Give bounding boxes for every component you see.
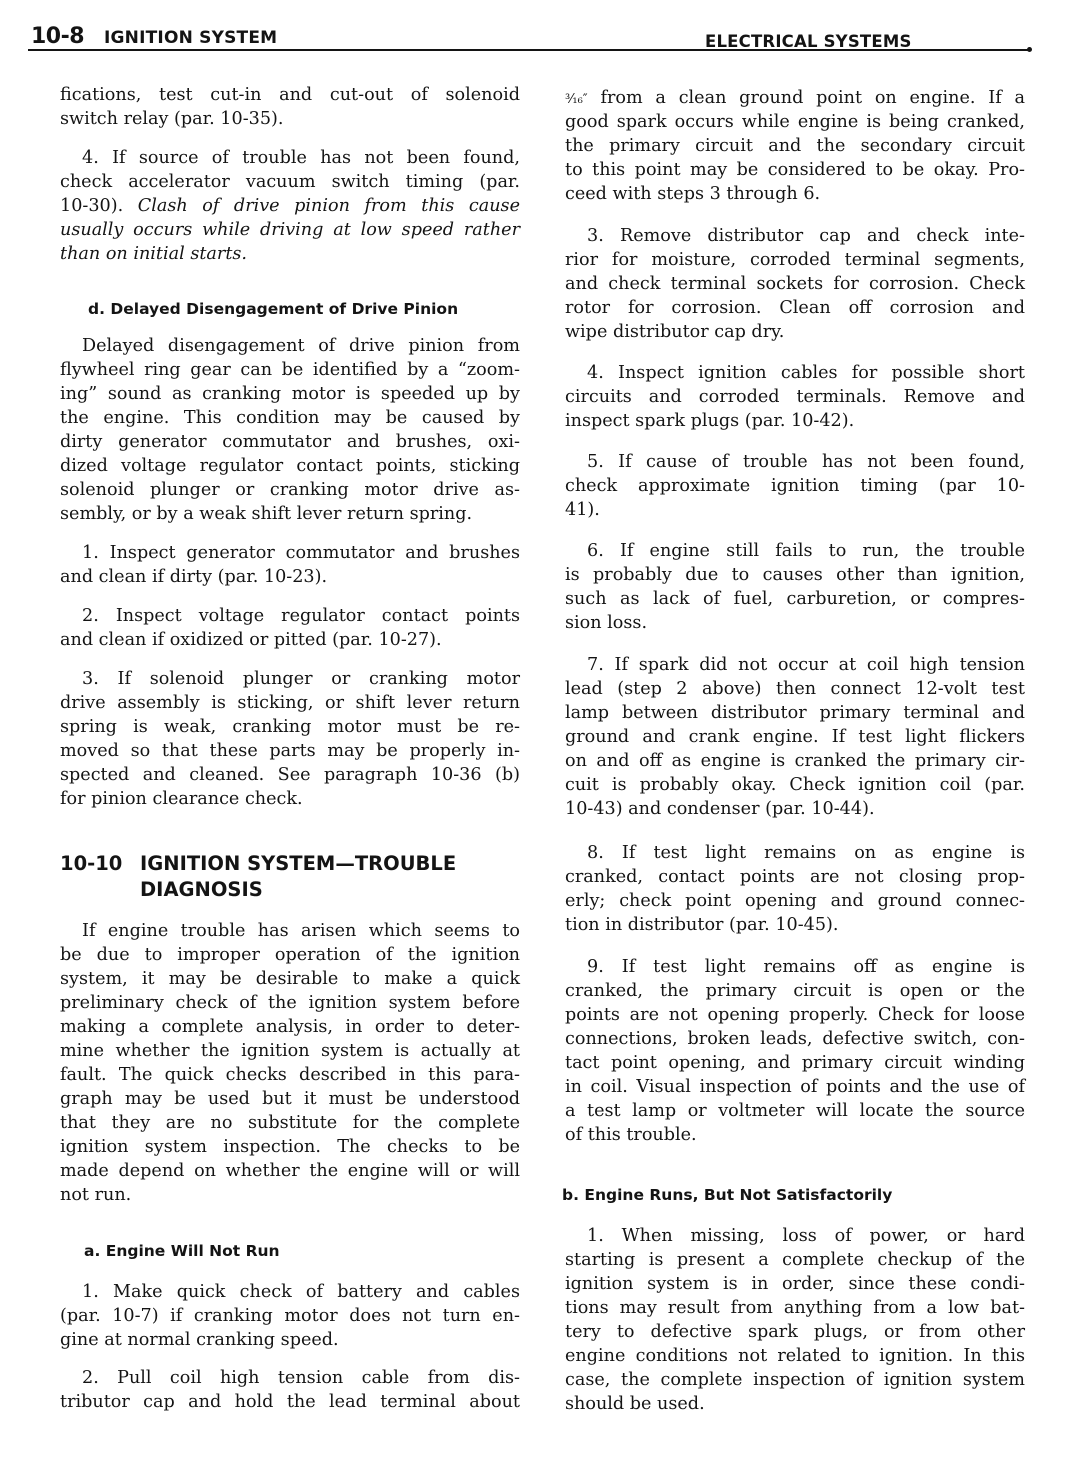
text-line: ing” sound as cranking motor is speeded … bbox=[60, 382, 520, 406]
text-line: in coil. Visual inspection of points and… bbox=[565, 1075, 1025, 1099]
text-line: drive assembly is sticking, or shift lev… bbox=[60, 691, 520, 715]
text-line: made depend on whether the engine will o… bbox=[60, 1159, 520, 1183]
text-line: 3. If solenoid plunger or cranking motor bbox=[60, 667, 520, 691]
text-line: If engine trouble has arisen which seems… bbox=[60, 919, 520, 943]
text-line: sion loss. bbox=[565, 611, 1025, 635]
text-line: to this point may be considered to be ok… bbox=[565, 158, 1025, 182]
text-line: 1. Inspect generator commutator and brus… bbox=[60, 541, 520, 565]
text-line: check approximate ignition timing (par 1… bbox=[565, 474, 1025, 498]
text-line: 4. If source of trouble has not been fou… bbox=[60, 146, 520, 170]
italic-note-line: usually occurs while driving at low spee… bbox=[60, 218, 520, 242]
subsection-d-step-2: 2. Inspect voltage regulator contact poi… bbox=[60, 604, 520, 652]
text-line: 8. If test light remains on as engine is bbox=[565, 841, 1025, 865]
step-2-continuation: ³⁄₁₆″ from a clean ground point on engin… bbox=[565, 86, 1025, 206]
step-5-paragraph: 5. If cause of trouble has not been foun… bbox=[565, 450, 1025, 522]
text-line: case, the complete inspection of ignitio… bbox=[565, 1368, 1025, 1392]
step-4-right-paragraph: 4. Inspect ignition cables for possible … bbox=[565, 361, 1025, 433]
section-number: 10-10 bbox=[60, 851, 140, 877]
text-fragment: 10-30). bbox=[60, 196, 138, 216]
section-title-line-1: IGNITION SYSTEM—TROUBLE bbox=[140, 852, 456, 875]
text-line: such as lack of fuel, carburetion, or co… bbox=[565, 587, 1025, 611]
section-10-10-intro: If engine trouble has arisen which seems… bbox=[60, 919, 520, 1207]
text-line: the engine. This condition may be caused… bbox=[60, 406, 520, 430]
subsection-a-step-2: 2. Pull coil high tension cable from dis… bbox=[60, 1366, 520, 1414]
text-line: tributor cap and hold the lead terminal … bbox=[60, 1390, 520, 1414]
text-line: tions may result from anything from a lo… bbox=[565, 1296, 1025, 1320]
text-line: flywheel ring gear can be identified by … bbox=[60, 358, 520, 382]
text-line: (par. 10-7) if cranking motor does not t… bbox=[60, 1304, 520, 1328]
subsection-d-step-1: 1. Inspect generator commutator and brus… bbox=[60, 541, 520, 589]
text-line-mixed: ³⁄₁₆″ from a clean ground point on engin… bbox=[565, 86, 1025, 110]
text-line: and check terminal sockets for corrosion… bbox=[565, 272, 1025, 296]
text-line: graph may be used but it must be underst… bbox=[60, 1087, 520, 1111]
text-line: system, it may be desirable to make a qu… bbox=[60, 967, 520, 991]
text-line: 2. Pull coil high tension cable from dis… bbox=[60, 1366, 520, 1390]
text-line: erly; check point opening and ground con… bbox=[565, 889, 1025, 913]
subsection-heading-d: d. Delayed Disengagement of Drive Pinion bbox=[88, 300, 458, 318]
text-line: switch relay (par. 10-35). bbox=[60, 107, 520, 131]
subsection-heading-b: b. Engine Runs, But Not Satisfactorily bbox=[562, 1186, 892, 1204]
subsection-d-step-3: 3. If solenoid plunger or cranking motor… bbox=[60, 667, 520, 811]
italic-note: Clash of drive pinion from this cause bbox=[138, 196, 520, 216]
text-line: gine at normal cranking speed. bbox=[60, 1328, 520, 1352]
step-7-paragraph: 7. If spark did not occur at coil high t… bbox=[565, 653, 1025, 821]
text-line: good spark occurs while engine is being … bbox=[565, 110, 1025, 134]
text-line: sembly, or by a weak shift lever return … bbox=[60, 502, 520, 526]
text-line: ceed with steps 3 through 6. bbox=[565, 182, 1025, 206]
text-line: points are not opening properly. Check f… bbox=[565, 1003, 1025, 1027]
text-line: the primary circuit and the secondary ci… bbox=[565, 134, 1025, 158]
text-line: a test lamp or voltmeter will locate the… bbox=[565, 1099, 1025, 1123]
text-line: making a complete analysis, in order to … bbox=[60, 1015, 520, 1039]
text-line: should be used. bbox=[565, 1392, 1025, 1416]
text-line: 3. Remove distributor cap and check inte… bbox=[565, 224, 1025, 248]
step-6-paragraph: 6. If engine still fails to run, the tro… bbox=[565, 539, 1025, 635]
step-9-paragraph: 9. If test light remains off as engine i… bbox=[565, 955, 1025, 1147]
continuation-paragraph: fications, test cut-in and cut-out of so… bbox=[60, 83, 520, 131]
text-line: ground and crank engine. If test light f… bbox=[565, 725, 1025, 749]
text-line: tery to defective spark plugs, or from o… bbox=[565, 1320, 1025, 1344]
text-line: of this trouble. bbox=[565, 1123, 1025, 1147]
text-line: 41). bbox=[565, 498, 1025, 522]
text-line: ignition system inspection. The checks t… bbox=[60, 1135, 520, 1159]
text-line: that they are no substitute for the comp… bbox=[60, 1111, 520, 1135]
text-line: fications, test cut-in and cut-out of so… bbox=[60, 83, 520, 107]
section-title: IGNITION SYSTEM bbox=[104, 28, 277, 48]
text-line: spring is weak, cranking motor must be r… bbox=[60, 715, 520, 739]
step-3-paragraph: 3. Remove distributor cap and check inte… bbox=[565, 224, 1025, 344]
text-line: Delayed disengagement of drive pinion fr… bbox=[60, 334, 520, 358]
text-line: inspect spark plugs (par. 10-42). bbox=[565, 409, 1025, 433]
text-line: 7. If spark did not occur at coil high t… bbox=[565, 653, 1025, 677]
header-rule bbox=[28, 49, 1030, 51]
text-line: 9. If test light remains off as engine i… bbox=[565, 955, 1025, 979]
text-line: mine whether the ignition system is actu… bbox=[60, 1039, 520, 1063]
text-line: is probably due to causes other than ign… bbox=[565, 563, 1025, 587]
text-line: on and off as engine is cranked the prim… bbox=[565, 749, 1025, 773]
step-8-paragraph: 8. If test light remains on as engine is… bbox=[565, 841, 1025, 937]
italic-note-line: than on initial starts. bbox=[60, 242, 520, 266]
text-line: cuit is probably okay. Check ignition co… bbox=[565, 773, 1025, 797]
text-line: ignition system is in order, since these… bbox=[565, 1272, 1025, 1296]
section-heading-10-10: 10-10IGNITION SYSTEM—TROUBLE DIAGNOSIS bbox=[60, 851, 456, 903]
text-line: fault. The quick checks described in thi… bbox=[60, 1063, 520, 1087]
text-line: 4. Inspect ignition cables for possible … bbox=[565, 361, 1025, 385]
text-line: moved so that these parts may be properl… bbox=[60, 739, 520, 763]
text-fragment: from a clean ground point on engine. If … bbox=[588, 88, 1025, 108]
step-4-paragraph: 4. If source of trouble has not been fou… bbox=[60, 146, 520, 266]
text-line: circuits and corroded terminals. Remove … bbox=[565, 385, 1025, 409]
text-line: engine conditions not related to ignitio… bbox=[565, 1344, 1025, 1368]
text-line: cranked, contact points are not closing … bbox=[565, 865, 1025, 889]
text-line: spected and cleaned. See paragraph 10-36… bbox=[60, 763, 520, 787]
text-line: rotor for corrosion. Clean off corrosion… bbox=[565, 296, 1025, 320]
fraction-three-sixteenths: ³⁄₁₆″ bbox=[565, 92, 588, 107]
text-line-mixed: 10-30). Clash of drive pinion from this … bbox=[60, 194, 520, 218]
text-line: be due to improper operation of the igni… bbox=[60, 943, 520, 967]
text-line: 2. Inspect voltage regulator contact poi… bbox=[60, 604, 520, 628]
text-line: check accelerator vacuum switch timing (… bbox=[60, 170, 520, 194]
text-line: and clean if dirty (par. 10-23). bbox=[60, 565, 520, 589]
text-line: dized voltage regulator contact points, … bbox=[60, 454, 520, 478]
text-line: tact point opening, and primary circuit … bbox=[565, 1051, 1025, 1075]
subsection-d-intro: Delayed disengagement of drive pinion fr… bbox=[60, 334, 520, 526]
text-line: rior for moisture, corroded terminal seg… bbox=[565, 248, 1025, 272]
text-line: 6. If engine still fails to run, the tro… bbox=[565, 539, 1025, 563]
text-line: starting is present a complete checkup o… bbox=[565, 1248, 1025, 1272]
text-line: 10-43) and condenser (par. 10-44). bbox=[565, 797, 1025, 821]
subsection-b-step-1: 1. When missing, loss of power, or hard … bbox=[565, 1224, 1025, 1416]
text-line: 1. When missing, loss of power, or hard bbox=[565, 1224, 1025, 1248]
subsection-a-step-1: 1. Make quick check of battery and cable… bbox=[60, 1280, 520, 1352]
text-line: tion in distributor (par. 10-45). bbox=[565, 913, 1025, 937]
text-line: 5. If cause of trouble has not been foun… bbox=[565, 450, 1025, 474]
text-line: not run. bbox=[60, 1183, 520, 1207]
subsection-heading-a: a. Engine Will Not Run bbox=[84, 1242, 280, 1260]
text-line: lead (step 2 above) then connect 12-volt… bbox=[565, 677, 1025, 701]
text-line: wipe distributor cap dry. bbox=[565, 320, 1025, 344]
page-number: 10-8 bbox=[31, 24, 84, 49]
text-line: dirty generator commutator and brushes, … bbox=[60, 430, 520, 454]
text-line: for pinion clearance check. bbox=[60, 787, 520, 811]
text-line: and clean if oxidized or pitted (par. 10… bbox=[60, 628, 520, 652]
text-line: connections, broken leads, defective swi… bbox=[565, 1027, 1025, 1051]
text-line: solenoid plunger or cranking motor drive… bbox=[60, 478, 520, 502]
text-line: cranked, the primary circuit is open or … bbox=[565, 979, 1025, 1003]
text-line: 1. Make quick check of battery and cable… bbox=[60, 1280, 520, 1304]
text-line: preliminary check of the ignition system… bbox=[60, 991, 520, 1015]
text-line: lamp between distributor primary termina… bbox=[565, 701, 1025, 725]
section-title-line-2: DIAGNOSIS bbox=[60, 877, 456, 903]
page-header: 10-8 IGNITION SYSTEM ELECTRICAL SYSTEMS bbox=[28, 24, 1028, 54]
